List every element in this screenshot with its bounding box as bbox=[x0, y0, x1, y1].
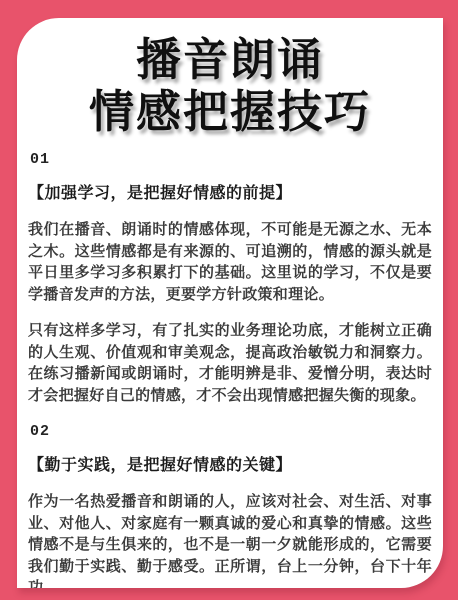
paragraph-learning-2: 只有这样多学习，有了扎实的业务理论功底，才能树立正确的人生观、价值观和审美观念，… bbox=[28, 320, 432, 406]
poster-title-line2: 情感把握技巧 bbox=[89, 86, 371, 137]
poster-background: 播音朗诵情感把握技巧 01 【加强学习，是把握好情感的前提】 我们在播音、朗诵时… bbox=[0, 0, 458, 600]
section-heading-learning: 【加强学习，是把握好情感的前提】 bbox=[28, 184, 432, 204]
section-heading-practice: 【勤于实践，是把握好情感的关键】 bbox=[28, 456, 432, 476]
poster-title: 播音朗诵情感把握技巧 bbox=[28, 34, 432, 138]
section-number-02: 02 bbox=[30, 422, 432, 441]
content-card: 播音朗诵情感把握技巧 01 【加强学习，是把握好情感的前提】 我们在播音、朗诵时… bbox=[17, 18, 443, 588]
paragraph-learning-1: 我们在播音、朗诵时的情感体现，不可能是无源之水、无本之木。这些情感都是有来源的、… bbox=[28, 219, 432, 305]
paragraph-practice-1: 作为一名热爱播音和朗诵的人，应该对社会、对生活、对事业、对他人、对家庭有一颗真诚… bbox=[28, 491, 432, 588]
section-number-01: 01 bbox=[30, 150, 432, 169]
poster-title-line1: 播音朗诵 bbox=[136, 34, 324, 85]
